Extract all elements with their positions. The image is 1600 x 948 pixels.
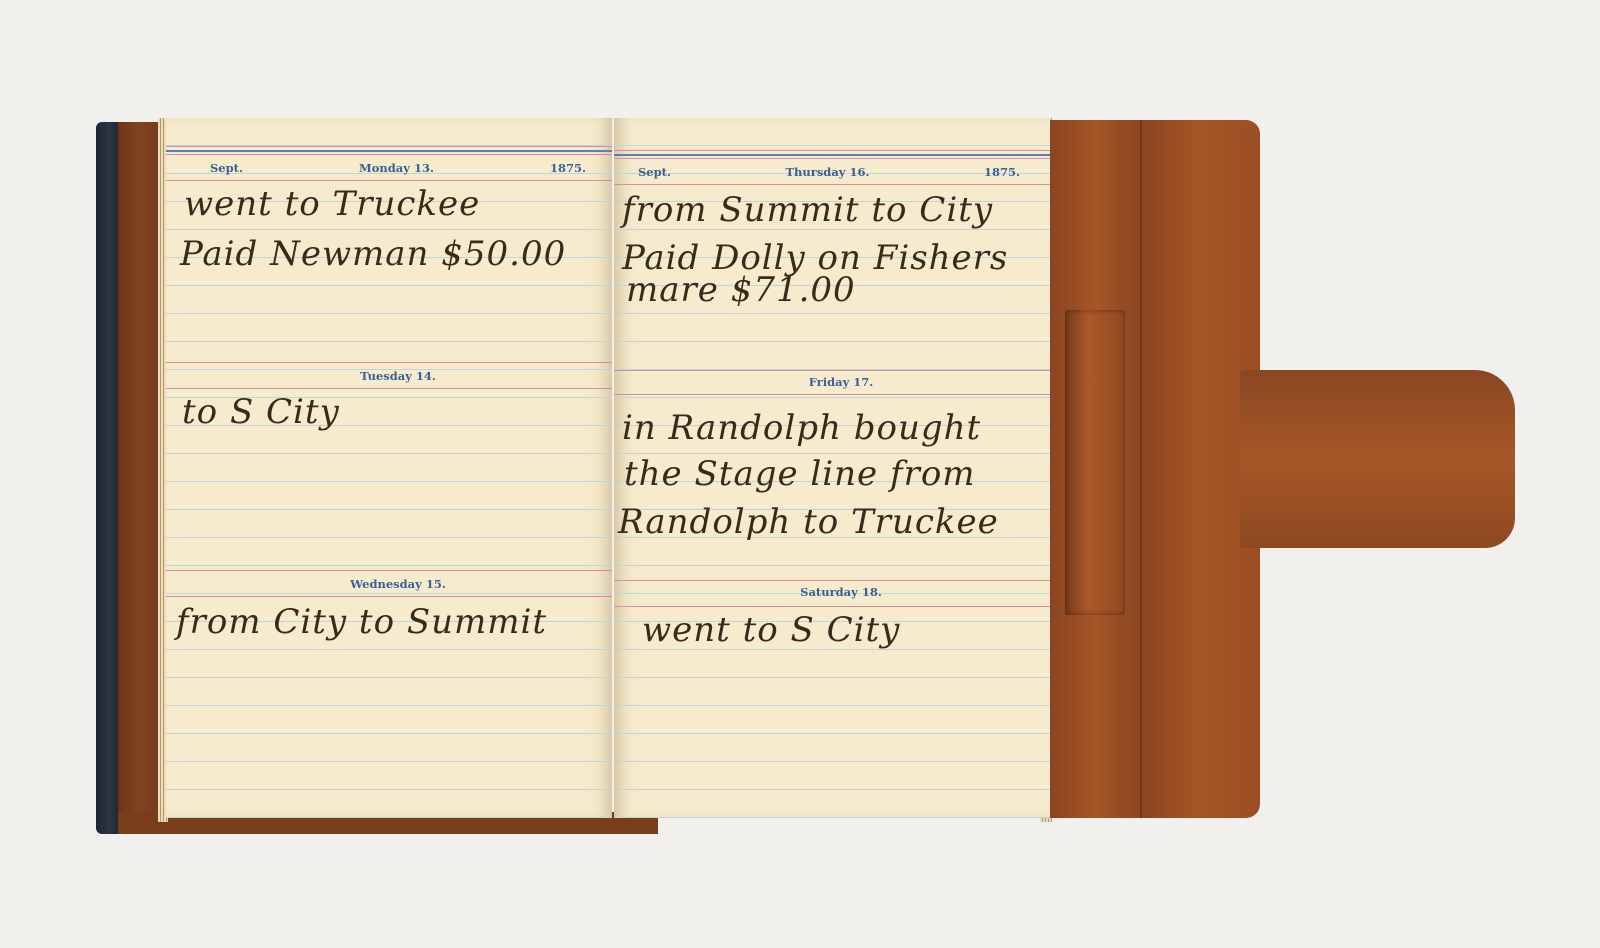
handwritten-line: from City to Summit — [176, 602, 547, 642]
header-month: Sept. — [210, 161, 243, 175]
handwritten-line: from Summit to City — [622, 190, 993, 230]
day-label: Friday 17. — [809, 375, 874, 389]
handwritten-line: Paid Newman $50.00 — [180, 234, 566, 274]
handwritten-line: to S City — [182, 392, 340, 432]
header-month: Sept. — [638, 165, 671, 179]
pencil-loop — [1065, 310, 1125, 615]
day-label: Wednesday 15. — [350, 577, 446, 591]
closure-tab — [1240, 370, 1515, 548]
handwritten-line: went to Truckee — [184, 184, 480, 224]
day-header: Tuesday 14. — [166, 368, 612, 384]
handwritten-line: the Stage line from — [624, 454, 976, 494]
open-diary: Sept. Monday 13. 1875. went to Truckee P… — [0, 0, 1600, 948]
header-year: 1875. — [550, 161, 586, 175]
page-header: Sept. Thursday 16. 1875. — [614, 164, 1050, 180]
header-day: Monday 13. — [359, 161, 434, 175]
day-header: Wednesday 15. — [166, 576, 612, 592]
day-label: Tuesday 14. — [360, 369, 436, 383]
handwritten-line: in Randolph bought — [622, 408, 981, 448]
right-page: Sept. Thursday 16. 1875. from Summit to … — [614, 118, 1050, 818]
day-header: Saturday 18. — [614, 584, 1050, 600]
header-year: 1875. — [984, 165, 1020, 179]
page-header: Sept. Monday 13. 1875. — [166, 160, 612, 176]
day-header: Friday 17. — [614, 374, 1050, 390]
flap-fold-line — [1140, 120, 1142, 818]
handwritten-line: mare $71.00 — [626, 270, 856, 310]
handwritten-line: went to S City — [642, 610, 900, 650]
header-day: Thursday 16. — [785, 165, 869, 179]
handwritten-line: Randolph to Truckee — [618, 502, 999, 542]
left-page: Sept. Monday 13. 1875. went to Truckee P… — [166, 118, 612, 818]
day-label: Saturday 18. — [800, 585, 882, 599]
